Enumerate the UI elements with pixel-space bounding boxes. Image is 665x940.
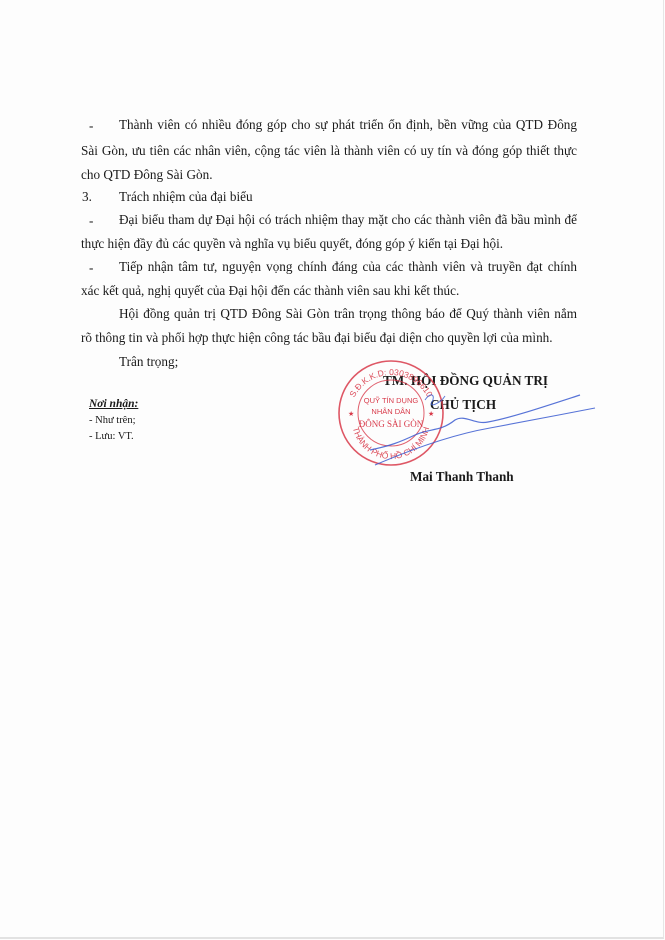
- section-number: 3.: [82, 189, 92, 205]
- document-page: - Thành viên có nhiều đóng góp cho sự ph…: [0, 0, 664, 939]
- closing-text: Trân trọng;: [119, 354, 178, 370]
- para4-line1: Hội đồng quản trị QTD Đông Sài Gòn trân …: [119, 306, 577, 322]
- para3-line2: xác kết quả, nghị quyết của Đại hội đến …: [81, 283, 459, 299]
- svg-text:★: ★: [348, 410, 354, 418]
- para3-line1: Tiếp nhận tâm tư, nguyện vọng chính đáng…: [119, 259, 577, 275]
- bullet-dash: -: [89, 260, 93, 276]
- recipients-title: Nơi nhận:: [89, 398, 138, 410]
- para2-line2: thực hiện đầy đủ các quyền và nghĩa vụ b…: [81, 236, 503, 252]
- recipient-item: - Lưu: VT.: [89, 431, 134, 442]
- recipient-item: - Như trên;: [89, 415, 136, 426]
- bullet-dash: -: [89, 213, 93, 229]
- bullet-dash: -: [89, 118, 93, 134]
- para1-line2: Sài Gòn, ưu tiên các nhân viên, cộng tác…: [81, 143, 577, 159]
- para1-line3: cho QTD Đông Sài Gòn.: [81, 167, 213, 183]
- handwritten-signature-icon: [370, 380, 600, 470]
- signer-name: Mai Thanh Thanh: [410, 469, 514, 485]
- para4-line2: rõ thông tin và phối hợp thực hiện công …: [81, 330, 553, 346]
- para2-line1: Đại biểu tham dự Đại hội có trách nhiệm …: [119, 212, 577, 228]
- para1-line1: Thành viên có nhiều đóng góp cho sự phát…: [119, 117, 577, 133]
- section-title: Trách nhiệm của đại biểu: [119, 189, 253, 205]
